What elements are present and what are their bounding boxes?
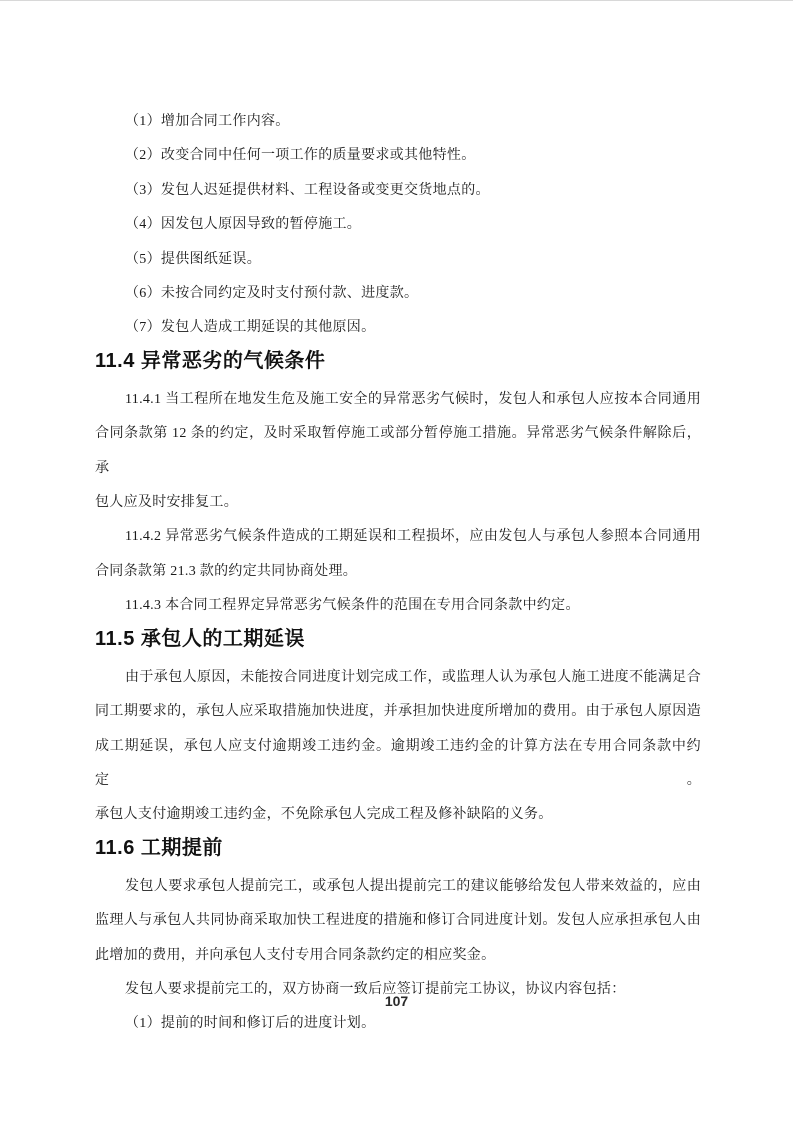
list-item-4: （4）因发包人原因导致的暂停施工。 [95, 208, 701, 242]
paragraph-line: 承包人支付逾期竣工违约金，不免除承包人完成工程及修补缺陷的义务。 [95, 798, 701, 832]
paragraph-line: 监理人与承包人共同协商采取加快工程进度的措施和修订合同进度计划。发包人应承担承包… [95, 904, 701, 938]
paragraph-line: 合同条款第 12 条的约定，及时采取暂停施工或部分暂停施工措施。异常恶劣气候条件… [95, 417, 701, 486]
paragraph-line: 成工期延误，承包人应支付逾期竣工违约金。逾期竣工违约金的计算方法在专用合同条款中… [95, 730, 701, 799]
paragraph-line: 由于承包人原因，未能按合同进度计划完成工作，或监理人认为承包人施工进度不能满足合 [95, 661, 701, 695]
paragraph-line: 发包人要求承包人提前完工，或承包人提出提前完工的建议能够给发包人带来效益的，应由 [95, 870, 701, 904]
section-heading-11-4: 11.4 异常恶劣的气候条件 [95, 347, 701, 375]
list-item-6: （6）未按合同约定及时支付预付款、进度款。 [95, 277, 701, 311]
paragraph-line: 此增加的费用，并向承包人支付专用合同条款约定的相应奖金。 [95, 939, 701, 973]
section-heading-11-5: 11.5 承包人的工期延误 [95, 625, 701, 653]
paragraph-line: 合同条款第 21.3 款的约定共同协商处理。 [95, 555, 701, 589]
page-top-edge-line [0, 0, 793, 1]
list-item-5: （5）提供图纸延误。 [95, 243, 701, 277]
list-item-agreement-1: （1）提前的时间和修订后的进度计划。 [95, 1007, 701, 1041]
paragraph-line: 11.4.3 本合同工程界定异常恶劣气候条件的范围在专用合同条款中约定。 [95, 589, 701, 623]
paragraph-line: 11.4.1 当工程所在地发生危及施工安全的异常恶劣气候时，发包人和承包人应按本… [95, 383, 701, 417]
paragraph-line: 包人应及时安排复工。 [95, 486, 701, 520]
document-body: （1）增加合同工作内容。 （2）改变合同中任何一项工作的质量要求或其他特性。 （… [95, 105, 701, 1042]
list-item-3: （3）发包人迟延提供材料、工程设备或变更交货地点的。 [95, 174, 701, 208]
paragraph-line: 同工期要求的，承包人应采取措施加快进度，并承担加快进度所增加的费用。由于承包人原… [95, 695, 701, 729]
list-item-1: （1）增加合同工作内容。 [95, 105, 701, 139]
paragraph-line: 11.4.2 异常恶劣气候条件造成的工期延误和工程损坏，应由发包人与承包人参照本… [95, 520, 701, 554]
list-item-7: （7）发包人造成工期延误的其他原因。 [95, 311, 701, 345]
section-heading-11-6: 11.6 工期提前 [95, 834, 701, 862]
page-number: 107 [0, 993, 793, 1009]
list-item-2: （2）改变合同中任何一项工作的质量要求或其他特性。 [95, 139, 701, 173]
